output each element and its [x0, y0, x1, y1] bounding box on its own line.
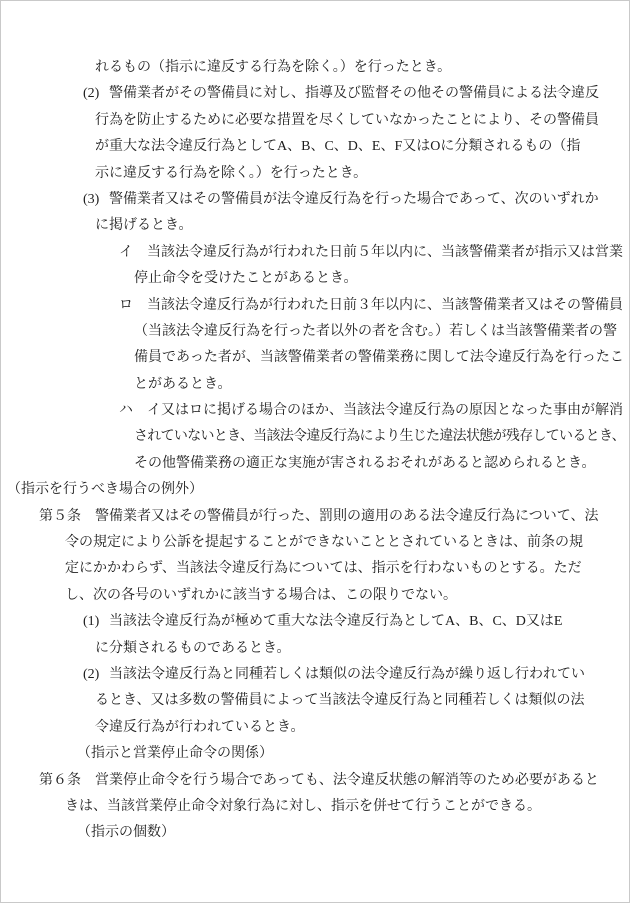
- line-text: 行為を防止するために必要な措置を尽くしていなかったことにより、その警備員: [95, 113, 599, 128]
- document-line: 第５条警備業者又はその警備員が行った、罰則の適用のある法令違反行為について、法: [1, 504, 629, 530]
- list-item-label: (3): [83, 187, 109, 213]
- document-line: に分類されるものであるとき。: [1, 636, 629, 662]
- document-line: 第６条営業停止命令を行う場合であっても、法令違反状態の解消等のため必要があると: [1, 768, 629, 794]
- list-item-label: ロ: [119, 293, 147, 319]
- article-number-label: 第５条: [39, 504, 95, 530]
- line-text: 警備業者又はその警備員が行った、罰則の適用のある法令違反行為について、法: [95, 509, 598, 524]
- line-text: 警備業者がその警備員に対し、指導及び監督その他その警備員による法令違反: [109, 86, 599, 101]
- document-line: （指示と営業停止命令の関係）: [1, 741, 629, 767]
- document-line: 備員であった者が、当該警備業者の警備業務に関して法令違反行為を行ったこ: [1, 345, 629, 371]
- document-line: 令の規定により公訴を提起することができないこととされているときは、前条の規: [1, 530, 629, 556]
- list-item-label: イ: [119, 240, 147, 266]
- document-line: し、次の各号のいずれかに該当する場合は、この限りでない。: [1, 583, 629, 609]
- list-item-label: ハ: [119, 398, 147, 424]
- document-line: されていないとき、当該法令違反行為により生じた違法状態が残存しているとき、: [1, 424, 629, 450]
- line-text: 当該法令違反行為と同種若しくは類似の法令違反行為が繰り返し行われてい: [109, 667, 585, 682]
- document-line: 定にかかわらず、当該法令違反行為については、指示を行わないものとする。ただ: [1, 556, 629, 582]
- document-line: (3)警備業者又はその警備員が法令違反行為を行った場合であって、次のいずれか: [1, 187, 629, 213]
- document-line: 令違反行為が行われているとき。: [1, 715, 629, 741]
- document-line: その他警備業務の適正な実施が害されるおそれがあると認められるとき。: [1, 451, 629, 477]
- document-line: きは、当該営業停止命令対象行為に対し、指示を併せて行うことができる。: [1, 794, 629, 820]
- line-text: 令の規定により公訴を提起することができないこととされているときは、前条の規: [65, 535, 583, 550]
- document-line: （当該法令違反行為を行った者以外の者を含む。）若しくは当該警備業者の警: [1, 319, 629, 345]
- document-line: 示に違反する行為を除く。）を行ったとき。: [1, 161, 629, 187]
- line-text: 当該法令違反行為が極めて重大な法令違反行為としてA、B、C、D又はE: [109, 614, 562, 629]
- document-line: るとき、又は多数の警備員によって当該法令違反行為と同種若しくは類似の法: [1, 688, 629, 714]
- document-line: が重大な法令違反行為としてA、B、C、D、E、F又はOに分類されるもの（指: [1, 134, 629, 160]
- document-line: (2)警備業者がその警備員に対し、指導及び監督その他その警備員による法令違反: [1, 81, 629, 107]
- line-text: 令違反行為が行われているとき。: [95, 720, 304, 735]
- document-line: とがあるとき。: [1, 372, 629, 398]
- document-line: れるもの（指示に違反する行為を除く。）を行ったとき。: [1, 55, 629, 81]
- article-number-label: 第６条: [39, 768, 95, 794]
- line-text: とがあるとき。: [134, 377, 231, 392]
- line-text: に分類されるものであるとき。: [95, 641, 290, 656]
- line-text: （指示を行うべき場合の例外）: [7, 482, 203, 497]
- line-text: 営業停止命令を行う場合であっても、法令違反状態の解消等のため必要があると: [95, 773, 599, 788]
- document-line: （指示を行うべき場合の例外）: [1, 477, 629, 503]
- line-text: （指示と営業停止命令の関係）: [77, 746, 273, 761]
- line-text: （当該法令違反行為を行った者以外の者を含む。）若しくは当該警備業者の警: [134, 324, 617, 339]
- document-line: （指示の個数）: [1, 820, 629, 846]
- line-text: るとき、又は多数の警備員によって当該法令違反行為と同種若しくは類似の法: [95, 693, 584, 708]
- line-text: 当該法令違反行為が行われた日前３年以内に、当該警備業者又はその警備員: [147, 298, 623, 313]
- line-text: 定にかかわらず、当該法令違反行為については、指示を行わないものとする。ただ: [65, 561, 582, 576]
- line-text: きは、当該営業停止命令対象行為に対し、指示を併せて行うことができる。: [65, 799, 541, 814]
- list-item-label: (1): [83, 609, 109, 635]
- list-item-label: (2): [83, 662, 109, 688]
- document-line: 停止命令を受けたことがあるとき。: [1, 266, 629, 292]
- line-text: 警備業者又はその警備員が法令違反行為を行った場合であって、次のいずれか: [109, 192, 599, 207]
- line-text: れるもの（指示に違反する行為を除く。）を行ったとき。: [95, 60, 451, 75]
- document-line: イ当該法令違反行為が行われた日前５年以内に、当該警備業者が指示又は営業: [1, 240, 629, 266]
- document-line: ロ当該法令違反行為が行われた日前３年以内に、当該警備業者又はその警備員: [1, 293, 629, 319]
- line-text: 示に違反する行為を除く。）を行ったとき。: [95, 166, 367, 181]
- line-text: その他警備業務の適正な実施が害されるおそれがあると認められるとき。: [134, 456, 595, 471]
- document-line: に掲げるとき。: [1, 213, 629, 239]
- document-body: れるもの（指示に違反する行為を除く。）を行ったとき。(2)警備業者がその警備員に…: [1, 55, 629, 847]
- document-line: (2)当該法令違反行為と同種若しくは類似の法令違反行為が繰り返し行われてい: [1, 662, 629, 688]
- document-page: れるもの（指示に違反する行為を除く。）を行ったとき。(2)警備業者がその警備員に…: [0, 0, 630, 903]
- line-text: されていないとき、当該法令違反行為により生じた違法状態が残存しているとき、: [134, 429, 625, 444]
- line-text: し、次の各号のいずれかに該当する場合は、この限りでない。: [65, 588, 457, 603]
- line-text: が重大な法令違反行為としてA、B、C、D、E、F又はOに分類されるもの（指: [95, 139, 580, 154]
- line-text: 備員であった者が、当該警備業者の警備業務に関して法令違反行為を行ったこ: [134, 350, 624, 365]
- line-text: 停止命令を受けたことがあるとき。: [134, 271, 357, 286]
- line-text: に掲げるとき。: [95, 218, 192, 233]
- document-line: 行為を防止するために必要な措置を尽くしていなかったことにより、その警備員: [1, 108, 629, 134]
- list-item-label: (2): [83, 81, 109, 107]
- document-line: (1)当該法令違反行為が極めて重大な法令違反行為としてA、B、C、D又はE: [1, 609, 629, 635]
- line-text: イ又はロに掲げる場合のほか、当該法令違反行為の原因となった事由が解消: [147, 403, 623, 418]
- line-text: 当該法令違反行為が行われた日前５年以内に、当該警備業者が指示又は営業: [147, 245, 623, 260]
- document-line: ハイ又はロに掲げる場合のほか、当該法令違反行為の原因となった事由が解消: [1, 398, 629, 424]
- line-text: （指示の個数）: [77, 825, 175, 840]
